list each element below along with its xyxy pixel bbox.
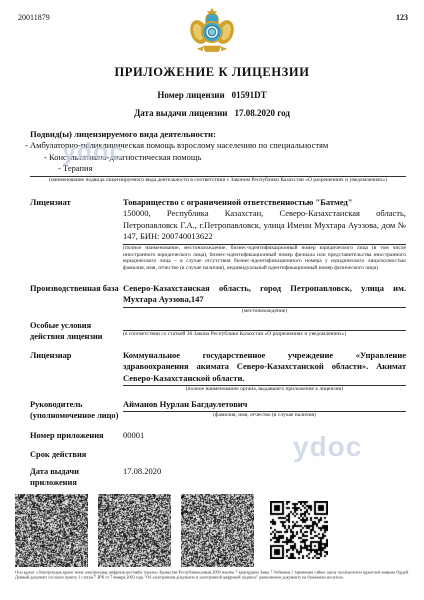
document-title: ПРИЛОЖЕНИЕ К ЛИЦЕНЗИИ: [0, 65, 424, 79]
licensor-caption: (полное наименование органа, выдавшего п…: [123, 386, 406, 393]
attachment-number-row: Номер приложения 00001: [30, 430, 406, 441]
licensee-name: Товарищество с ограниченной ответственно…: [123, 197, 406, 208]
document-number: 20011879: [18, 13, 50, 22]
head-row: Руководитель (уполномоченное лицо) Айман…: [30, 399, 406, 421]
footer: Осы құжат «Электрондық құжат және электр…: [15, 570, 409, 582]
production-base-caption: (местонахождение): [123, 308, 406, 315]
signature-stamps-row: [15, 494, 424, 567]
production-base-label: Производственная база: [30, 283, 123, 315]
special-conditions-caption: (в соответствии со статьей 36 Закона Рес…: [123, 331, 406, 338]
footer-legal-text: Осы құжат «Электрондық құжат және электр…: [15, 570, 409, 580]
license-date-line: Дата выдачи лицензии17.08.2020 год: [0, 108, 424, 119]
licensor-row: Лицензиар Коммунальное государственное у…: [30, 350, 406, 393]
production-base-value: Северо-Казахстанская область, город Петр…: [123, 283, 406, 306]
digital-signature-stamp: [15, 494, 88, 567]
special-conditions-row: Особые условия действия лицензии (в соот…: [30, 320, 406, 342]
attachment-number-value: 00001: [123, 430, 406, 441]
issue-date-row: Дата выдачи приложения 17.08.2020: [30, 466, 406, 488]
license-number-label: Номер лицензии: [157, 90, 224, 100]
licensor-value: Коммунальное государственное учреждение …: [123, 350, 406, 385]
license-annex-document: 20011879 123 ПРИЛОЖЕНИЕ К ЛИЦЕНЗИ: [0, 0, 424, 600]
digital-signature-stamp: [181, 494, 254, 567]
licensee-label: Лицензиат: [30, 197, 123, 272]
subtypes-heading: Подвид(ы) лицензируемого вида деятельнос…: [30, 129, 406, 140]
attachment-number-label: Номер приложения: [30, 430, 123, 441]
licensee-caption: (полное наименование, местонахождение, б…: [123, 245, 406, 272]
license-date-label: Дата выдачи лицензии: [134, 108, 227, 118]
validity-label: Срок действия: [30, 449, 123, 460]
production-base-row: Производственная база Северо-Казахстанск…: [30, 283, 406, 315]
head-name: Айманов Нурлан Багдаулетович: [123, 399, 406, 410]
subtype-item: - Амбулаторно-поликлиническая помощь взр…: [25, 140, 406, 152]
licensee-row: Лицензиат Товарищество с ограниченной от…: [30, 197, 406, 272]
issue-date-label: Дата выдачи приложения: [30, 466, 123, 488]
license-number-line: Номер лицензии01591DT: [0, 90, 424, 101]
licensee-address: 150000, Республика Казахстан, Северо-Каз…: [123, 208, 406, 243]
license-date-value: 17.08.2020 год: [235, 108, 290, 118]
head-label: Руководитель (уполномоченное лицо): [30, 399, 123, 421]
kazakhstan-emblem-icon: [189, 3, 235, 63]
validity-row: Срок действия: [30, 449, 406, 460]
licensor-label: Лицензиар: [30, 350, 123, 393]
subtype-item: - Терапия: [58, 163, 406, 175]
document-body: Подвид(ы) лицензируемого вида деятельнос…: [30, 129, 406, 488]
head-caption: (фамилия, имя, отчество (в случае наличи…: [123, 412, 406, 419]
license-number-value: 01591DT: [232, 90, 267, 100]
qr-code: [270, 501, 328, 559]
issue-date-value: 17.08.2020: [123, 466, 406, 488]
subtype-item: - Консультативно-диагностическая помощь: [44, 152, 406, 164]
page-number: 123: [396, 13, 408, 22]
validity-value: [123, 449, 406, 460]
special-conditions-label: Особые условия действия лицензии: [30, 320, 123, 342]
subtypes-caption: (наименование подвида лицензируемого вид…: [30, 177, 406, 184]
digital-signature-stamp: [98, 494, 171, 567]
